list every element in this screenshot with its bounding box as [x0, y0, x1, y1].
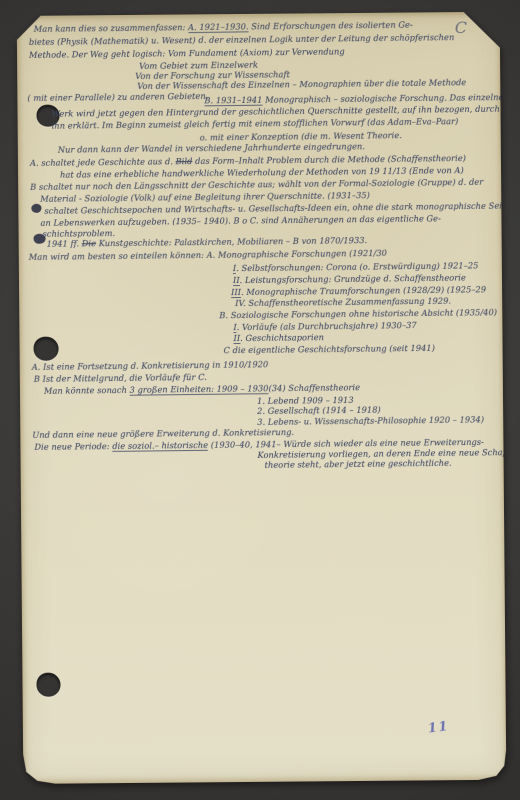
text-segment: Man kann dies so zusammenfassen: — [34, 22, 188, 34]
paper-sheet: Man kann dies so zusammenfassen: A. 1921… — [17, 12, 507, 784]
manuscript-page: Man kann dies so zusammenfassen: A. 1921… — [17, 12, 507, 784]
handwritten-line: I. Vorläufe (als Durchbruchsjahre) 1930–… — [233, 320, 416, 332]
handwritten-line: B. Soziologische Forschungen ohne histor… — [219, 307, 497, 320]
handwritten-line: theorie steht, aber jetzt eine geschicht… — [265, 458, 452, 470]
handwritten-line: II. Geschichtsaporien — [233, 332, 324, 343]
text-segment: 2. Gesellschaft (1914 – 1918) — [257, 404, 381, 415]
text-segment: an Lebenswerken aufzugeben. (1935– 1940)… — [40, 213, 441, 228]
handwritten-line: C die eigentliche Geschichtsforschung (s… — [224, 343, 435, 355]
handwritten-line: 3. Lebens- u. Wissenschafts-Philosophie … — [257, 414, 484, 427]
handwritten-line: Man kann dies so zusammenfassen: A. 1921… — [34, 19, 413, 33]
underlined-text: die soziol.– historische — [112, 440, 208, 452]
underlined-text: 3 großen Einheiten: 1909 – 1930 — [129, 383, 268, 396]
handwritten-line: Nur dann kann der Wandel in verschiedene… — [58, 141, 365, 154]
text-segment: . Leistungsforschung: Grundzüge d. Schaf… — [240, 272, 466, 285]
text-segment: Kunstgeschichte: Palastkirchen, Mobiliar… — [96, 235, 367, 248]
struck-text: Die — [82, 238, 96, 248]
text-segment: (34) Schaffenstheorie — [268, 382, 360, 393]
handwritten-line: 2. Gesellschaft (1914 – 1918) — [257, 404, 381, 415]
underlined-text: III — [231, 287, 241, 298]
handwritten-line: Und dann eine neue größere Erweiterung d… — [32, 427, 294, 440]
handwritten-line: an Lebenswerken aufzugeben. (1935– 1940)… — [40, 213, 441, 228]
text-segment: Man wird am besten so einteilen können: … — [29, 248, 387, 262]
handwritten-line: Methode. Der Weg geht logisch: Vom Funda… — [29, 46, 345, 60]
text-segment: das Form–Inhalt Problem durch die Method… — [192, 153, 466, 166]
text-segment: B Ist der Mittelgrund, die Vorläufe für … — [34, 372, 207, 384]
text-segment: A. schaltet jede Geschichte aus d. — [30, 156, 176, 168]
text-segment: Monographisch – soziologische Forschung.… — [262, 92, 503, 105]
text-segment: . Vorläufe (als Durchbruchsjahre) 1930–3… — [237, 320, 417, 332]
text-segment: Nur dann kann der Wandel in verschiedene… — [58, 141, 365, 154]
text-segment: 3. Lebens- u. Wissenschafts-Philosophie … — [257, 414, 484, 427]
text-segment: bietes (Physik (Mathematik) u. Wesent) d… — [29, 32, 455, 47]
text-segment: ( mit einer Parallele) zu anderen Gebiet… — [27, 91, 208, 103]
text-segment: A. Ist eine Fortsetzung d. Konkretisieru… — [32, 359, 269, 372]
handwritten-line: Man könnte sonach 3 großen Einheiten: 19… — [44, 382, 360, 396]
handwritten-line: B Ist der Mittelgrund, die Vorläufe für … — [34, 372, 207, 384]
handwritten-line: A. Ist eine Fortsetzung d. Konkretisieru… — [32, 359, 269, 372]
text-segment: C die eigentliche Geschichtsforschung (s… — [224, 343, 435, 355]
text-segment: Methode. Der Weg geht logisch: Vom Funda… — [29, 46, 345, 60]
handwriting-layer: Man kann dies so zusammenfassen: A. 1921… — [17, 12, 507, 784]
text-segment: B. Soziologische Forschungen ohne histor… — [219, 307, 497, 320]
text-segment: o. mit einer Konzeption (die m. Wesent T… — [200, 130, 402, 142]
handwritten-line: II. Leistungsforschung: Grundzüge d. Sch… — [233, 272, 466, 285]
handwritten-line: Man wird am besten so einteilen können: … — [29, 248, 387, 262]
text-segment: 1941 ff. — [47, 238, 82, 248]
handwritten-line: bietes (Physik (Mathematik) u. Wesent) d… — [29, 32, 455, 47]
text-segment: theorie steht, aber jetzt eine geschicht… — [265, 458, 452, 470]
handwritten-line: ( mit einer Parallele) zu anderen Gebiet… — [27, 91, 208, 103]
text-segment: Sind Erforschungen des isolierten Ge- — [249, 19, 413, 31]
text-segment: ihn erklärt. Im Beginn zumeist gleich fe… — [52, 116, 459, 131]
handwritten-line: IV. Schaffenstheoretische Zusammenfassun… — [235, 296, 451, 308]
handwritten-line: ihn erklärt. Im Beginn zumeist gleich fe… — [52, 116, 459, 131]
text-segment: . Geschichtsaporien — [240, 332, 324, 343]
struck-text: Bild — [176, 156, 193, 166]
page-number: 11 — [427, 719, 450, 737]
handwritten-line: o. mit einer Konzeption (die m. Wesent T… — [200, 130, 402, 142]
text-segment: Die neue Periode: — [34, 441, 112, 452]
text-segment: IV. Schaffenstheoretische Zusammenfassun… — [235, 296, 451, 308]
underlined-text: B. 1931–1941 — [204, 95, 262, 107]
corner-mark: C — [455, 18, 467, 37]
handwritten-line: I. Selbstforschungen: Corona (o. Erstwür… — [233, 260, 479, 273]
underlined-text: A. 1921–1930. — [188, 21, 249, 33]
text-segment: Man könnte sonach — [44, 385, 130, 396]
text-segment: . Selbstforschungen: Corona (o. Erstwürd… — [236, 260, 478, 273]
text-segment: Und dann eine neue größere Erweiterung d… — [32, 427, 294, 440]
